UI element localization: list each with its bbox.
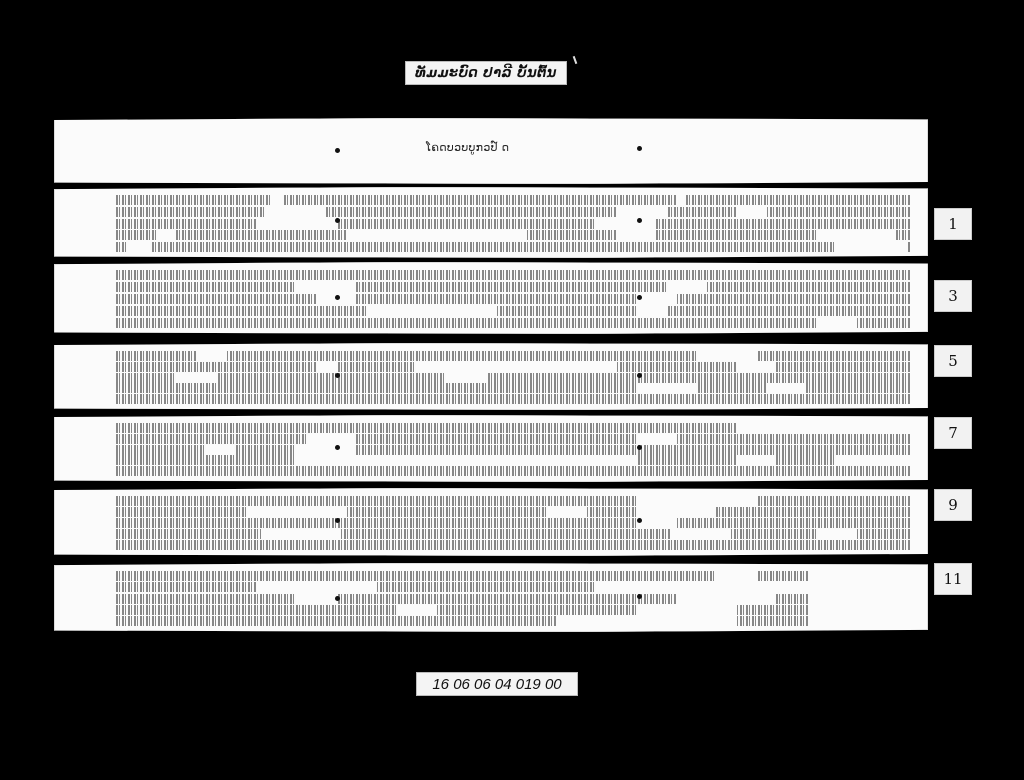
text-line [116, 270, 910, 280]
page-number-badge: 1 [934, 208, 972, 240]
manuscript-leaf-7 [54, 415, 928, 482]
text-line [116, 605, 808, 615]
text-line [116, 207, 910, 217]
string-hole-icon [637, 218, 642, 223]
string-hole-icon [335, 596, 340, 601]
page-number-badge: 7 [934, 417, 972, 449]
string-hole-icon [335, 295, 340, 300]
text-line [116, 455, 910, 465]
manuscript-leaf-1 [54, 187, 928, 258]
text-line [116, 318, 910, 328]
text-line [116, 230, 910, 240]
text-line [116, 383, 910, 393]
string-hole-icon [335, 445, 340, 450]
text-line [116, 571, 808, 581]
text-line [116, 496, 910, 506]
string-hole-icon [335, 218, 340, 223]
manuscript-title-label: ທັມມະບົດ ປາລີ ບັ້ນຕົ້ນ [405, 61, 567, 85]
string-hole-icon [637, 518, 642, 523]
leaf-text-lines [116, 496, 910, 550]
string-hole-icon [637, 594, 642, 599]
text-line [116, 434, 910, 444]
manuscript-leaf-5 [54, 343, 928, 410]
text-line [116, 423, 910, 433]
text-line [116, 242, 910, 252]
document-id-label: 16 06 06 04 019 00 [416, 672, 578, 696]
leaf-text-lines [116, 423, 910, 476]
text-line [116, 518, 910, 528]
text-line [116, 529, 910, 539]
text-line [116, 195, 910, 205]
text-line [116, 282, 910, 292]
text-line [116, 219, 910, 229]
leaf-text-lines [116, 270, 910, 328]
text-line [116, 466, 910, 476]
leaf-text-lines [116, 351, 910, 404]
string-hole-icon [335, 518, 340, 523]
text-line [116, 394, 910, 404]
manuscript-leaf-9 [54, 488, 928, 556]
cover-leaf-heading: ໂຄດບວບບູກວປ໌ ດ [426, 141, 509, 154]
text-line [116, 306, 910, 316]
text-line [116, 507, 910, 517]
string-hole-icon [637, 373, 642, 378]
string-hole-icon [637, 295, 642, 300]
manuscript-leaf-3 [54, 262, 928, 334]
text-line [116, 616, 808, 626]
leaf-text-lines [116, 195, 910, 252]
page-number-badge: 5 [934, 345, 972, 377]
leaf-text-lines [116, 571, 808, 626]
page-number-badge: 9 [934, 489, 972, 521]
page-number-badge: 11 [934, 563, 972, 595]
text-line [116, 540, 910, 550]
text-line [116, 373, 910, 383]
page-number-badge: 3 [934, 280, 972, 312]
cover-leaf: ໂຄດບວບບູກວປ໌ ດ [54, 118, 928, 184]
film-mark [573, 56, 578, 64]
string-hole-icon [335, 373, 340, 378]
text-line [116, 362, 910, 372]
manuscript-leaf-11 [54, 563, 928, 632]
text-line [116, 445, 910, 455]
string-hole-icon [335, 148, 340, 153]
text-line [116, 294, 910, 304]
text-line [116, 351, 910, 361]
text-line [116, 582, 808, 592]
string-hole-icon [637, 146, 642, 151]
string-hole-icon [637, 445, 642, 450]
text-line [116, 594, 808, 604]
